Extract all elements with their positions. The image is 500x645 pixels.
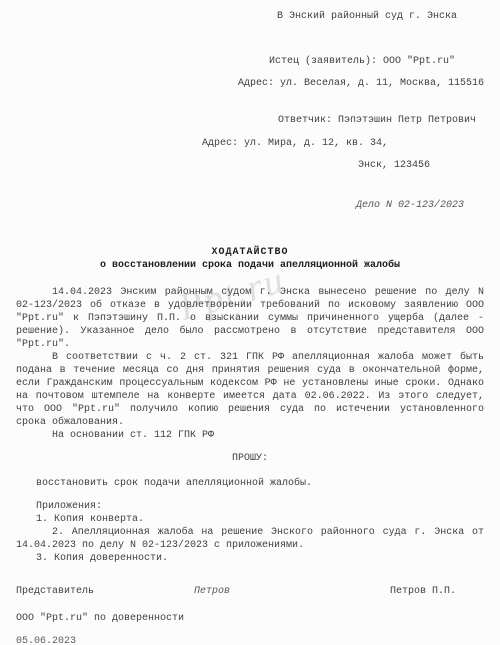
document-title: ХОДАТАЙСТВО — [16, 246, 484, 259]
request-text: восстановить срок подачи апелляционной ж… — [16, 477, 484, 490]
signer-role: Представитель — [16, 585, 94, 598]
document-body: ХОДАТАЙСТВО о восстановлении срока подач… — [0, 246, 500, 645]
handwritten-signature: Петров — [194, 585, 230, 598]
document-header: В Энский районный суд г. Энска Истец (за… — [0, 0, 500, 240]
case-number: Дело N 02-123/2023 — [356, 199, 464, 212]
signature-row: Представитель Петров Петров П.П. — [16, 585, 484, 598]
attachment-item-2: 2. Апелляционная жалоба на решение Энско… — [16, 526, 484, 552]
signer-name: Петров П.П. — [390, 585, 456, 598]
court-name: В Энский районный суд г. Энска — [277, 10, 457, 23]
signer-organization: ООО "Ppt.ru" по доверенности — [16, 612, 484, 625]
paragraph-legal-basis: В соответствии с ч. 2 ст. 321 ГПК РФ апе… — [16, 351, 484, 429]
document-subtitle: о восстановлении срока подачи апелляцион… — [16, 259, 484, 272]
attachments-section: Приложения: 1. Копия конверта. 2. Апелля… — [16, 500, 484, 565]
defendant-address: Адрес: ул. Мира, д. 12, кв. 34, — [202, 137, 388, 150]
request-heading: ПРОШУ: — [16, 452, 484, 465]
document-page: Ppt.ru В Энский районный суд г. Энска Ис… — [0, 0, 500, 645]
paragraph-article-112: На основании ст. 112 ГПК РФ — [16, 429, 484, 442]
attachment-item-3: 3. Копия доверенности. — [16, 552, 484, 565]
plaintiff-address: Адрес: ул. Веселая, д. 11, Москва, 11551… — [238, 77, 484, 90]
defendant-line: Ответчик: Пэпэтэшин Петр Петрович — [278, 114, 476, 127]
document-date: 05.06.2023 — [16, 635, 484, 645]
paragraph-decision: 14.04.2023 Энским районным судом г. Энск… — [16, 286, 484, 351]
plaintiff-line: Истец (заявитель): ООО "Ppt.ru" — [269, 55, 455, 68]
attachment-item-1: 1. Копия конверта. — [16, 513, 484, 526]
defendant-city: Энск, 123456 — [358, 159, 430, 172]
attachments-heading: Приложения: — [16, 500, 484, 513]
